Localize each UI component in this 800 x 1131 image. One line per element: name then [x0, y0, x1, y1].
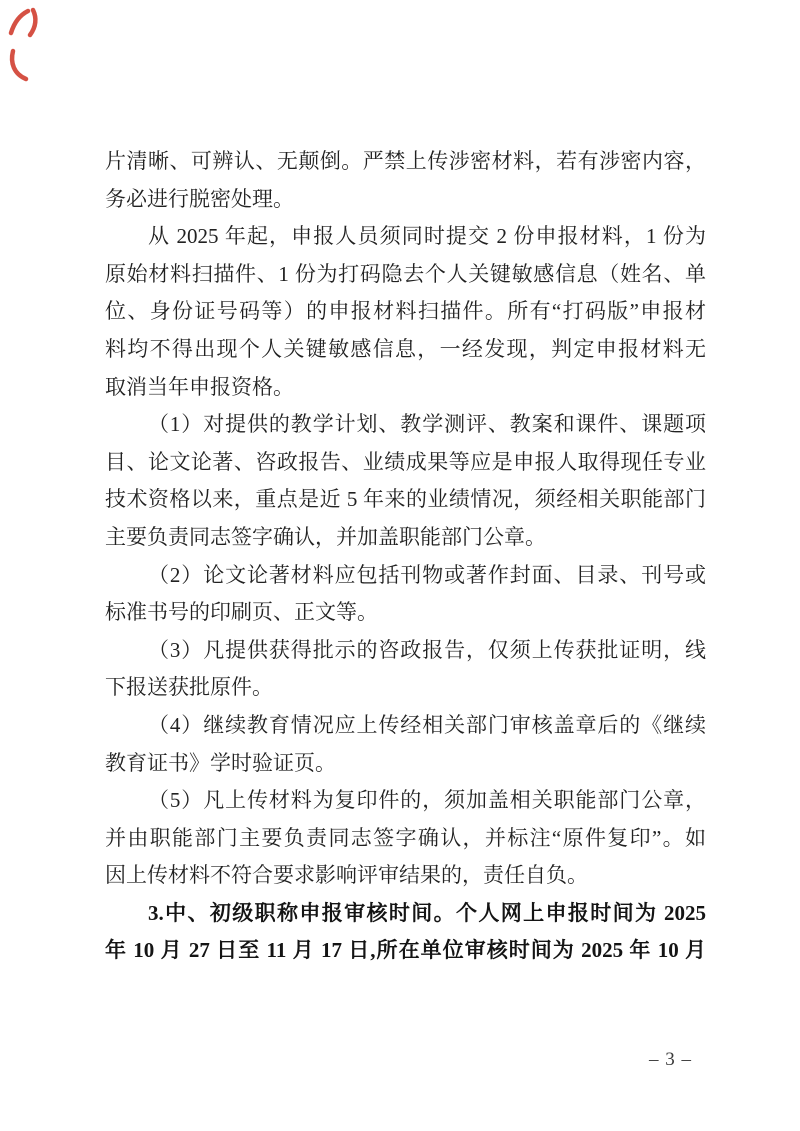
text-line: 技术资格以来，重点是近 5 年来的业绩情况，须经相关职能部门	[105, 481, 706, 519]
text-line: 标准书号的印刷页、正文等。	[105, 594, 706, 632]
text-line: 片清晰、可辨认、无颠倒。严禁上传涉密材料，若有涉密内容，	[105, 143, 706, 181]
text-line: 年 10 月 27 日至 11 月 17 日,所在单位审核时间为 2025 年 …	[105, 932, 706, 970]
text-line: （5）凡上传材料为复印件的，须加盖相关职能部门公章，	[105, 782, 706, 820]
text-line: （4）继续教育情况应上传经相关部门审核盖章后的《继续	[105, 707, 706, 745]
red-ink-mark-icon	[5, 5, 45, 83]
document-page: 片清晰、可辨认、无颠倒。严禁上传涉密材料，若有涉密内容， 务必进行脱密处理。 从…	[0, 0, 800, 1131]
text-line: 原始材料扫描件、1 份为打码隐去个人关键敏感信息（姓名、单	[105, 256, 706, 294]
page-number: – 3 –	[649, 1049, 709, 1071]
text-line: 下报送获批原件。	[105, 669, 706, 707]
text-line: 取消当年申报资格。	[105, 369, 706, 407]
text-line: 3.中、初级职称申报审核时间。个人网上申报时间为 2025	[105, 895, 706, 933]
text-line: 目、论文论著、咨政报告、业绩成果等应是申报人取得现任专业	[105, 444, 706, 482]
text-line: 料均不得出现个人关键敏感信息，一经发现，判定申报材料无效，	[105, 331, 706, 369]
text-line: （1）对提供的教学计划、教学测评、教案和课件、课题项	[105, 406, 706, 444]
text-line: 教育证书》学时验证页。	[105, 745, 706, 783]
text-line: 位、身份证号码等）的申报材料扫描件。所有“打码版”申报材	[105, 293, 706, 331]
text-line: 并由职能部门主要负责同志签字确认，并标注“原件复印”。如	[105, 820, 706, 858]
body-text: 片清晰、可辨认、无颠倒。严禁上传涉密材料，若有涉密内容， 务必进行脱密处理。 从…	[105, 143, 706, 970]
text-line: 因上传材料不符合要求影响评审结果的，责任自负。	[105, 857, 706, 895]
text-line: （2）论文论著材料应包括刊物或著作封面、目录、刊号或	[105, 557, 706, 595]
text-line: 从 2025 年起，申报人员须同时提交 2 份申报材料，1 份为	[105, 218, 706, 256]
text-line: 主要负责同志签字确认，并加盖职能部门公章。	[105, 519, 706, 557]
text-line: 务必进行脱密处理。	[105, 181, 706, 219]
text-line: （3）凡提供获得批示的咨政报告，仅须上传获批证明，线	[105, 632, 706, 670]
